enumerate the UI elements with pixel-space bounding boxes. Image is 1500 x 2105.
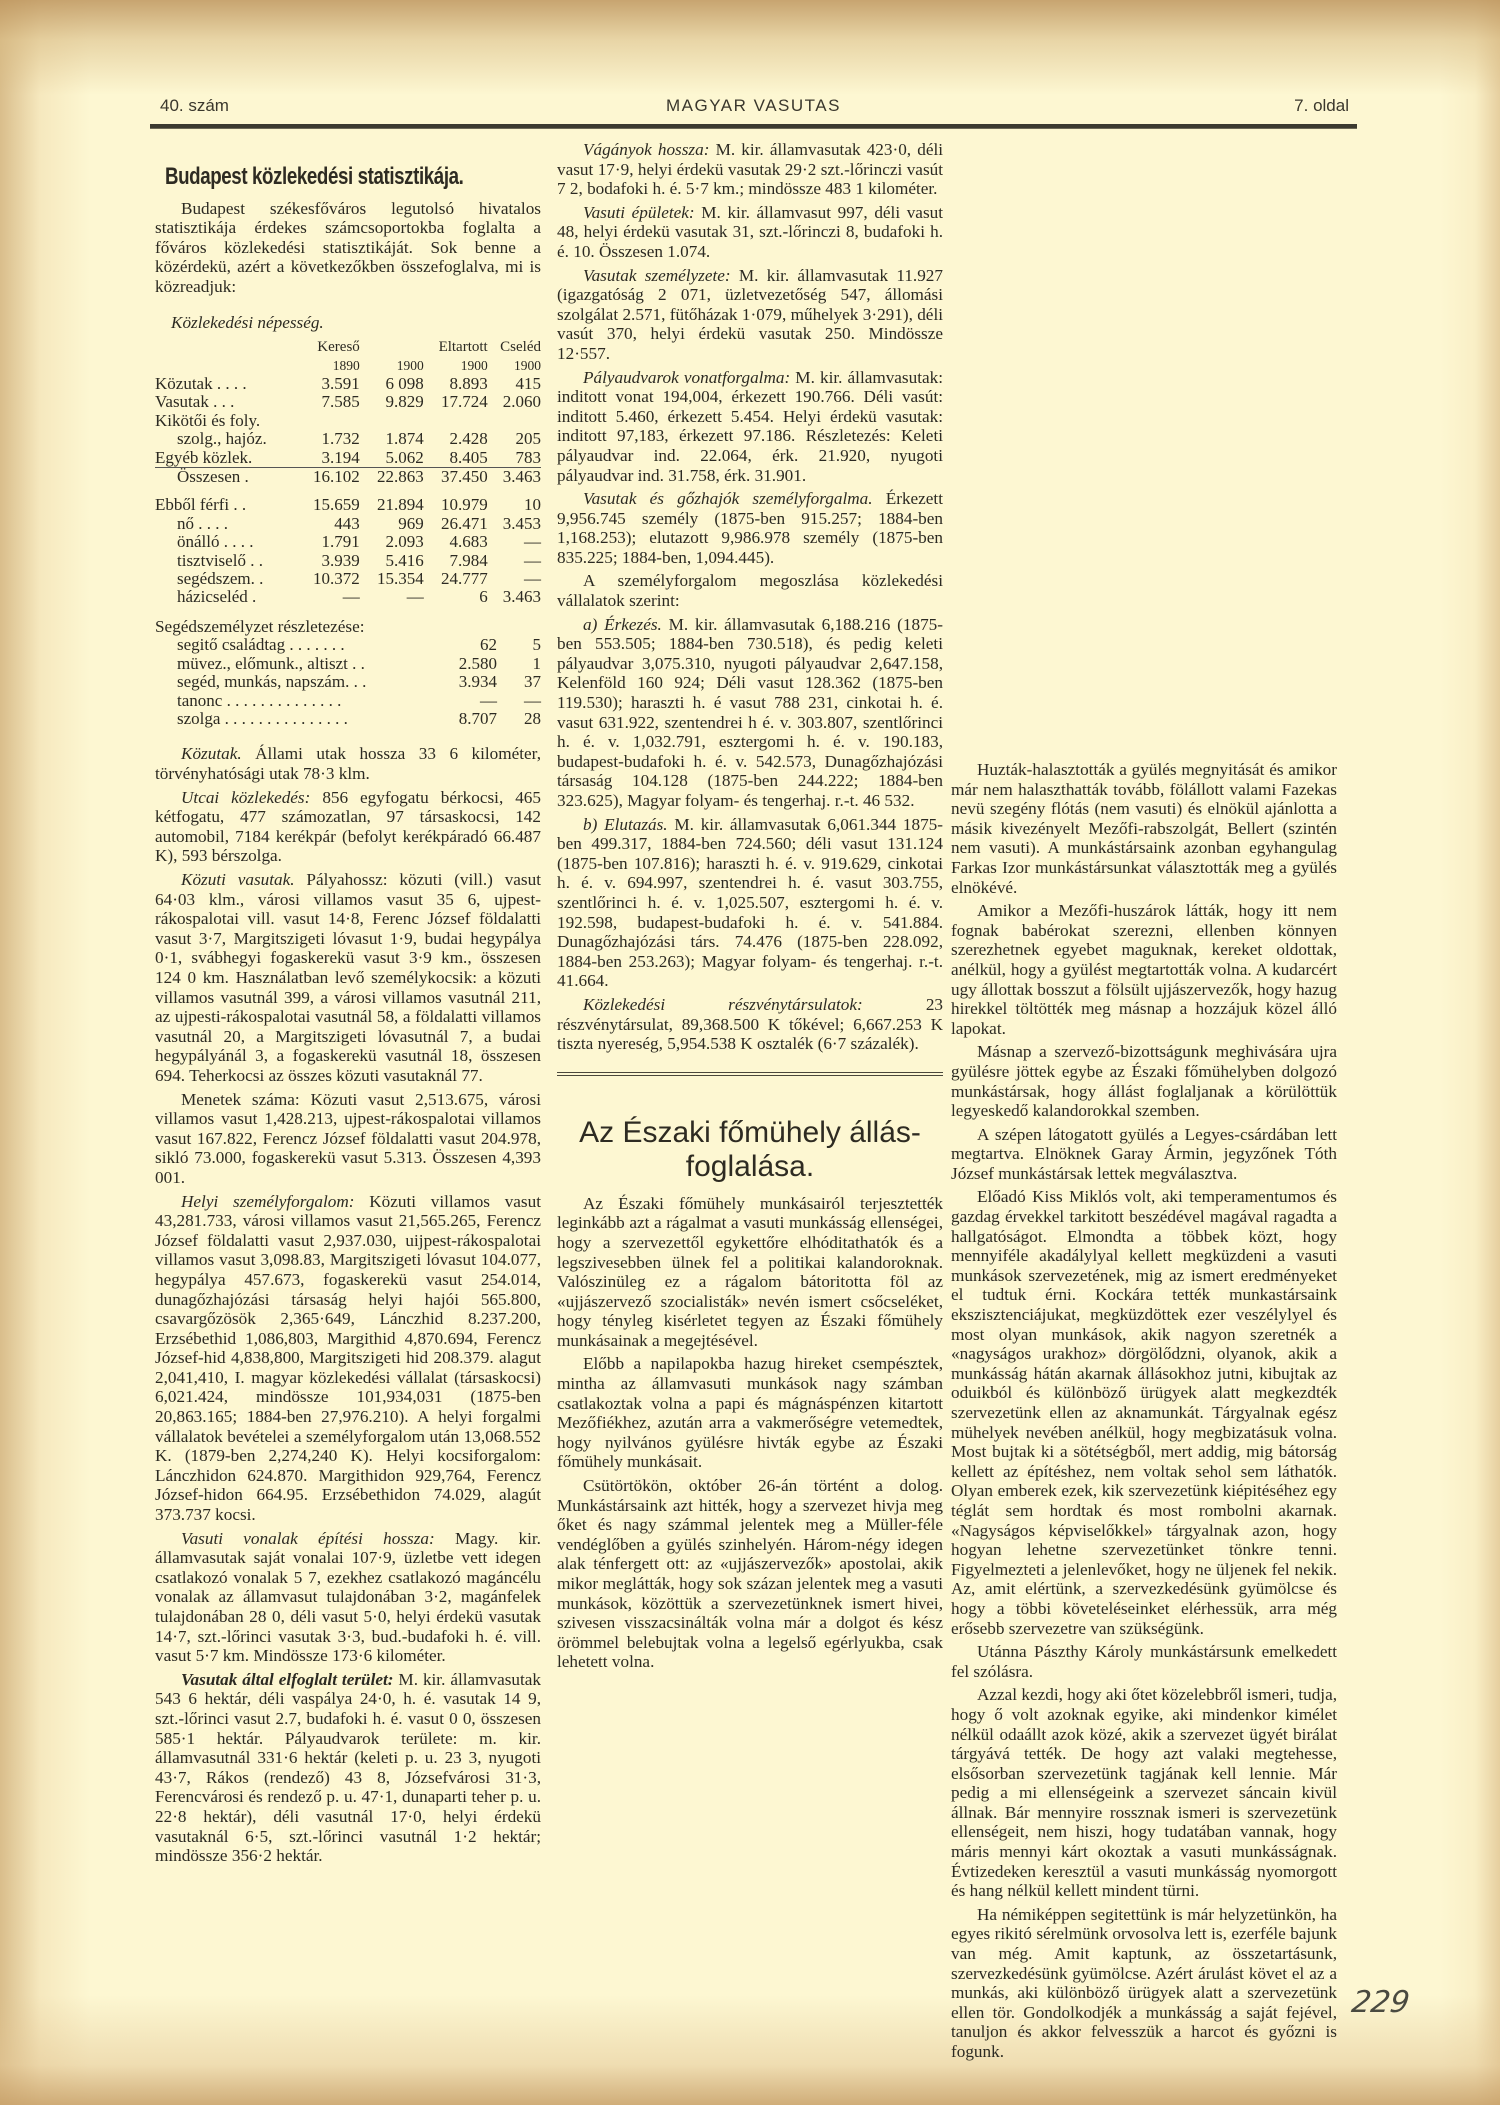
table-row: házicseléd . — — 6 3.463	[155, 588, 541, 606]
article-paragraph: Csütörtökön, október 26-án történt a dol…	[557, 1476, 943, 1672]
table-row: segéd, munkás, napszám. . .3.93437	[155, 673, 541, 691]
table-group-headers: Kereső Eltartott Cseléd	[155, 338, 541, 356]
table-row: Ebből férfi . . 15.659 21.894 10.979 10	[155, 496, 541, 514]
table-row: segitő családtag . . . . . . .625	[155, 636, 541, 654]
article-paragraph: Az Északi főmühely munkásairól terjeszte…	[557, 1194, 943, 1351]
detail-title: Segédszemélyzet részletezése:	[155, 617, 541, 637]
paragraph-roads: Közutak. Állami utak hossza 33 6 kilomét…	[155, 744, 541, 783]
table-row: szolga . . . . . . . . . . . . . . .8.70…	[155, 710, 541, 728]
table-year-headers: 1890 1900 1900 1900	[155, 357, 541, 375]
paragraph-departures: b) Elutazás. M. kir. államvasutak 6,061.…	[557, 815, 943, 991]
paragraph-distribution: A személyforgalom megoszlása közlekedési…	[557, 571, 943, 610]
article-separator	[557, 1072, 943, 1076]
article-paragraph: A szépen látogatott gyülés a Legyes-csár…	[951, 1125, 1337, 1184]
year-header: 1900	[488, 357, 541, 375]
header-rule	[150, 124, 1357, 129]
col-header: Kereső	[296, 338, 360, 356]
paragraph-tramways: Közuti vasutak. Pályahossz: közuti (vill…	[155, 870, 541, 1086]
paragraph-railway-lines: Vasuti vonalak építési hossza: Magy. kir…	[155, 1529, 541, 1666]
page-header: 40. szám MAGYAR VASUTAS 7. oldal	[150, 96, 1357, 124]
paragraph-street-traffic: Utcai közlekedés: 856 egyfogatu bérkocsi…	[155, 788, 541, 866]
article-paragraph: Ha némiképpen segitettünk is már helyzet…	[951, 1905, 1337, 2062]
table-row: nő . . . . 443 969 26.471 3.453	[155, 515, 541, 533]
table-row: önálló . . . . 1.791 2.093 4.683 —	[155, 533, 541, 551]
paragraph-arrivals: a) Érkezés. M. kir. államvasutak 6,188.2…	[557, 615, 943, 811]
table-total-row: Összesen . 16.102 22.863 37.450 3.463	[155, 468, 541, 487]
article-title: Budapest közlekedési statisztikája.	[165, 167, 458, 187]
page-number: 7. oldal	[1294, 96, 1349, 116]
assistant-staff-table: segitő családtag . . . . . . .625 müvez.…	[155, 636, 541, 728]
table-row: tanonc . . . . . . . . . . . . . .——	[155, 692, 541, 710]
newspaper-page: 40. szám MAGYAR VASUTAS 7. oldal Budapes…	[0, 0, 1500, 2105]
paragraph-runs: Menetek száma: Közuti vasut 2,513.675, v…	[155, 1090, 541, 1188]
column-2: Vágányok hossza: M. kir. államvasutak 42…	[557, 140, 943, 1676]
column-1: Budapest közlekedési statisztikája. Buda…	[155, 140, 541, 1870]
article-paragraph: Azzal kezdi, hogy aki őtet közelebbről i…	[951, 1685, 1337, 1901]
year-header: 1890	[296, 357, 360, 375]
paragraph-rail-ship-traffic: Vasutak és gőzhajók személyforgalma. Érk…	[557, 489, 943, 567]
table-row: tisztviselő . . 3.939 5.416 7.984 —	[155, 552, 541, 570]
col-header: Eltartott	[424, 338, 488, 356]
year-header: 1900	[360, 357, 424, 375]
article-paragraph: Másnap a szervező-bizottságunk meghivásá…	[951, 1042, 1337, 1120]
handwritten-page-number: 229	[1350, 1985, 1412, 2020]
column-3: Huzták-halasztották a gyülés megnyitását…	[951, 760, 1337, 2066]
table-title: Közlekedési népesség.	[171, 313, 541, 333]
article-paragraph: Előbb a napilapokba hazug hireket csempé…	[557, 1354, 943, 1472]
article-paragraph: Amikor a Mezőfi-huszárok látták, hogy it…	[951, 901, 1337, 1038]
table-row: Egyéb közlek. 3.194 5.062 8.405 783	[155, 449, 541, 468]
col-header: Cseléd	[488, 338, 541, 356]
article-paragraph: Huzták-halasztották a gyülés megnyitását…	[951, 760, 1337, 897]
paragraph-staff: Vasutak személyzete: M. kir. államvasuta…	[557, 266, 943, 364]
paragraph-station-traffic: Pályaudvarok vonatforgalma: M. kir. álla…	[557, 368, 943, 486]
table-row: müvez., előmunk., altiszt . .2.5801	[155, 655, 541, 673]
table-row: szolg., hajóz. 1.732 1.874 2.428 205	[155, 430, 541, 448]
paragraph-railway-area: Vasutak által elfoglalt terület: M. kir.…	[155, 1670, 541, 1866]
article-intro: Budapest székesfőváros legutolsó hivatal…	[155, 199, 541, 297]
table-row: Vasutak . . . 7.585 9.829 17.724 2.060	[155, 393, 541, 411]
table-row: Kikötői és foly.	[155, 412, 541, 430]
publication-title: MAGYAR VASUTAS	[150, 96, 1357, 116]
paragraph-companies: Közlekedési részvénytársulatok: 23 részv…	[557, 995, 943, 1054]
article-paragraph: Utánna Pászthy Károly munkástársunk emel…	[951, 1642, 1337, 1681]
paragraph-tracks: Vágányok hossza: M. kir. államvasutak 42…	[557, 140, 943, 199]
population-table: Kereső Eltartott Cseléd 1890 1900 1900 1…	[155, 338, 541, 607]
table-row: Közutak . . . . 3.591 6 098 8.893 415	[155, 375, 541, 393]
paragraph-buildings: Vasuti épületek: M. kir. államvasut 997,…	[557, 203, 943, 262]
article-title: Az Északi főmühely állás-foglalása.	[557, 1116, 943, 1184]
table-row: segédszem. . 10.372 15.354 24.777 —	[155, 570, 541, 588]
col-header	[360, 338, 424, 356]
article-paragraph: Előadó Kiss Miklós volt, aki temperament…	[951, 1187, 1337, 1638]
year-header: 1900	[424, 357, 488, 375]
paragraph-local-passenger-traffic: Helyi személyforgalom: Közuti villamos v…	[155, 1192, 541, 1525]
